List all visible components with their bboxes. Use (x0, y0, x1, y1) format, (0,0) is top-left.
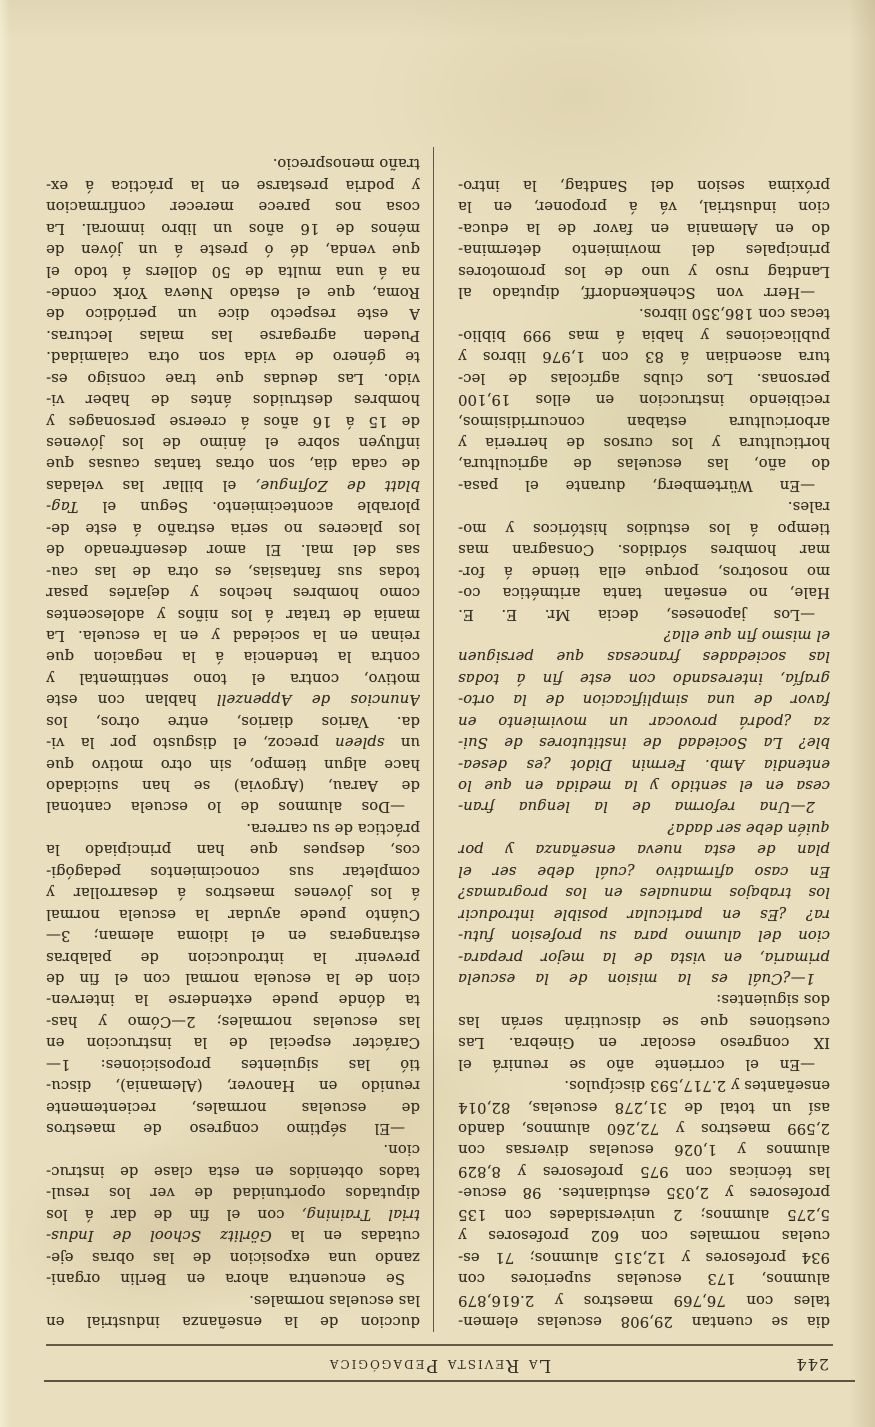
text-line: hombres destruidos ántes de haber vi- (46, 389, 420, 410)
text-line: mo nosotros, porque ella tiende á for- (458, 560, 830, 581)
text-line: cuelas normales con 602 profesores y (458, 1225, 830, 1246)
column-divider-rule (433, 147, 434, 1332)
text-line: reinan en la sociedad y en la escuela. L… (46, 625, 420, 646)
text-line: principales del movimiento determina- (458, 239, 830, 260)
text-line: ta dónde puede extenderse la interven- (46, 989, 420, 1010)
text-line: cutadas en la Görlitz School de Indus- (46, 1225, 420, 1246)
text-line: ménos de 16 años un libro inmoral. La (46, 217, 420, 238)
text-line: na á una multa de 50 dollers á todo el (46, 260, 420, 281)
text-line: tura ascendian á 83 con 1,976 libros y (458, 346, 830, 367)
text-line: práctica de su carrera. (46, 818, 420, 839)
text-line: las técnicas con 975 profesores y 8,829 (458, 1161, 830, 1182)
text-line: primaria, en vista de la mejor prepara- (458, 946, 830, 967)
text-line: enseñantes y 2.717,593 discípulos. (458, 1075, 830, 1096)
text-line: Roma, que el estado Nueva York conde- (46, 282, 420, 303)
text-line: vido. Las deudas que trae consigo es- (46, 367, 420, 388)
text-line: cion industrial, vá á proponer, en la (458, 196, 830, 217)
text-line: cion. (46, 1139, 420, 1160)
text-line: tió las siguientes proposiciones: 1— (46, 1053, 420, 1074)
text-line: horticultura y los cursos de herreria y (458, 432, 830, 453)
text-line: —En el corriente año se reunirá el (458, 1053, 830, 1074)
text-line: los placeres no seria estraño á este de- (46, 517, 420, 538)
text-line: influyen sobre el ánimo de los jóvenes (46, 432, 420, 453)
text-line: Se encuentra ahora en Berlin organi- (46, 1268, 420, 1289)
column-right: duccion de la enseñanza industrial enlas… (46, 153, 420, 1332)
text-line: cosa nos parece merecer confirmacion (46, 196, 420, 217)
text-line: te género de vida son otra calamidad. (46, 346, 420, 367)
text-line: IX congreso escolar en Ginebra. Las (458, 1032, 830, 1053)
text-line: zando una exposicion de las obras eje- (46, 1246, 420, 1267)
text-line: —El séptimo congreso de maestros (46, 1118, 420, 1139)
text-line: las escuelas normales; 2—Cómo y has- (46, 1010, 420, 1031)
text-line: cesa en el sentido y la medida en que lo (458, 775, 830, 796)
text-line: diputados oportunidad de ver los resul- (46, 1182, 420, 1203)
text-line: motivo, contra el tono sentimental y (46, 667, 420, 688)
text-line: tados obtenidos en esta clase de instruc… (46, 1161, 420, 1182)
text-line: dia se cuentan 29,908 escuelas elemen- (458, 1311, 830, 1332)
text-line: do año, las escuelas de agricultura, (458, 453, 830, 474)
text-line: —En Würtemberg, durante el pasa- (458, 475, 830, 496)
text-line: las sociedades francesas que persiguen (458, 646, 830, 667)
text-line: las escuelas normales. (46, 1289, 420, 1310)
text-line: prevenir la introduccion de palabras (46, 946, 420, 967)
text-line: Landtag ruso y uno de los promotores (458, 260, 830, 281)
text-line: á los jóvenes maestros á desarrollar y (46, 882, 420, 903)
text-line: En caso afirmativo ¿cuál debe ser el (458, 860, 830, 881)
text-line: entendia Amb. Fermin Didot ¿es desea- (458, 753, 830, 774)
text-line: Hale, no enseñan tanta aritmética co- (458, 582, 830, 603)
text-line: Pueden agregarse las malas lecturas. (46, 324, 420, 345)
text-line: hace algun tiempo, sin otro motivo que (46, 753, 420, 774)
text-line: como hombres hechos y dejarles pasar (46, 582, 420, 603)
text-line: duccion de la enseñanza industrial en (46, 1311, 420, 1332)
text-line: traño menosprecio. (46, 153, 420, 174)
text-line: dos siguientes: (458, 989, 830, 1010)
text-line: blatt de Zofingue, el billar las veladas (46, 475, 420, 496)
text-line: alumnos y 1,026 escuelas diversas con (458, 1139, 830, 1160)
text-line: plan de esta nueva enseñanza y por (458, 839, 830, 860)
text-line: cion de la escuela normal con el fin de (46, 968, 420, 989)
text-line: favor de una simplificacion de la orto- (458, 689, 830, 710)
text-line: 1—¿Cuál es la mision de la escuela (458, 968, 830, 989)
text-line: trial Training, con el fin de dar á los (46, 1203, 420, 1224)
text-line: tiempo á los estudios históricos y mo- (458, 517, 830, 538)
text-line: —Dos alumnos de lo escuela cantonal (46, 796, 420, 817)
text-line: Cuánto puede ayudar la escuela normal (46, 903, 420, 924)
header-rule-outer (44, 1380, 855, 1382)
text-line: sas del mal. El amor desenfrenado de (46, 539, 420, 560)
text-line: Carácter especial de la instruccion en (46, 1032, 420, 1053)
text-columns: dia se cuentan 29,908 escuelas elemen-ta… (46, 142, 833, 1332)
text-line: completar sus conocimientos pedagógi- (46, 860, 420, 881)
text-line: personas. Los clubs agrícolas de lec- (458, 367, 830, 388)
text-line: el mismo fin que ella? (458, 625, 830, 646)
text-line: profesores y 2,035 estudiantes. 98 escue… (458, 1182, 830, 1203)
text-line: da. Varios diarios, entre otros, los (46, 710, 420, 731)
text-line: que venda, dé ó preste á un jóven de (46, 239, 420, 260)
text-line: mar hombres sórdidos. Consagran mas (458, 539, 830, 560)
text-line: 2,599 maestros y 72,260 alumnos, dando (458, 1118, 830, 1139)
text-line: alumnos, 173 escuelas superiores con (458, 1268, 830, 1289)
scanned-journal-page: 244 La Revista Pedagógica dia se cuentan… (0, 0, 875, 1427)
text-line: —Los japoneses, decia Mr. E. E. (458, 603, 830, 624)
text-line: de cada dia, son otras tantas causas que (46, 453, 420, 474)
text-line: do en Alemania en favor de la educa- (458, 217, 830, 238)
text-line: grafía, interesando con este fin á todas (458, 667, 830, 688)
text-line: así un total de 31,278 escuelas, 82,014 (458, 1096, 830, 1117)
text-line: los trabajos manuales en los programas? (458, 882, 830, 903)
text-line: ble? La Sociedad de institutores de Sui- (458, 732, 830, 753)
text-line: tales con 76,769 maestros y 2.616,879 (458, 1289, 830, 1310)
column-left: dia se cuentan 29,908 escuelas elemen-ta… (458, 174, 830, 1332)
text-line: plorable acontecimiento. Segun el Tag- (46, 496, 420, 517)
text-line: recibiendo instruccion en ellos 19,100 (458, 389, 830, 410)
text-line: ra? ¿Es en particular posible introducir (458, 903, 830, 924)
text-line: 2—Una reforma de la lengua fran- (458, 796, 830, 817)
text-line: Anuncios de Appenzell hablan con este (46, 689, 420, 710)
header-rule-inner (46, 1344, 833, 1346)
text-line: arboricultura estaban concurridisimos, (458, 410, 830, 431)
text-line: 934 profesores y 12,315 alumnos; 71 es- (458, 1246, 830, 1267)
text-line: za ¿podrá provocar un movimiento en (458, 710, 830, 731)
running-head: 244 La Revista Pedagógica (46, 1349, 833, 1377)
text-line: de escuelas normales, recientemente (46, 1096, 420, 1117)
text-line: de 15 á 16 años á creerse personages y (46, 410, 420, 431)
text-line: publicaciones y habia á mas 999 biblio- (458, 324, 830, 345)
text-line: 5,275 alumnos; 2 universidades con 135 (458, 1203, 830, 1224)
text-line: rales. (458, 496, 830, 517)
text-line: y podria prestarse en la práctica á ex- (46, 174, 420, 195)
journal-title: La Revista Pedagógica (46, 1355, 833, 1375)
text-line: de Aarau, (Argovia) se han suicidado (46, 775, 420, 796)
text-line: cion del alumno para su profesion futu- (458, 925, 830, 946)
text-line: quién debe ser dada? (458, 818, 830, 839)
text-line: —Herr von Schenkendorff, diputado al (458, 282, 830, 303)
text-line: próxima sesion del Sandtag, la intro- (458, 174, 830, 195)
text-line: cuestiones que se discutirán serán las (458, 1010, 830, 1031)
text-line: reunido en Hanover, (Alemania), discu- (46, 1075, 420, 1096)
text-line: un spleen precoz, el disgusto por la vi- (46, 732, 420, 753)
text-line: mania de tratar á los niños y adolescent… (46, 603, 420, 624)
text-line: todas sus fantasias, es otra de las cau- (46, 560, 420, 581)
text-line: estrangeras en el idioma aleman; 3— (46, 925, 420, 946)
text-line: cos, despues que han principiado la (46, 839, 420, 860)
text-line: tecas con 186,350 libros. (458, 303, 830, 324)
text-line: contra la tendencia á la negacion que (46, 646, 420, 667)
text-line: A este respecto dice un periódico de (46, 303, 420, 324)
